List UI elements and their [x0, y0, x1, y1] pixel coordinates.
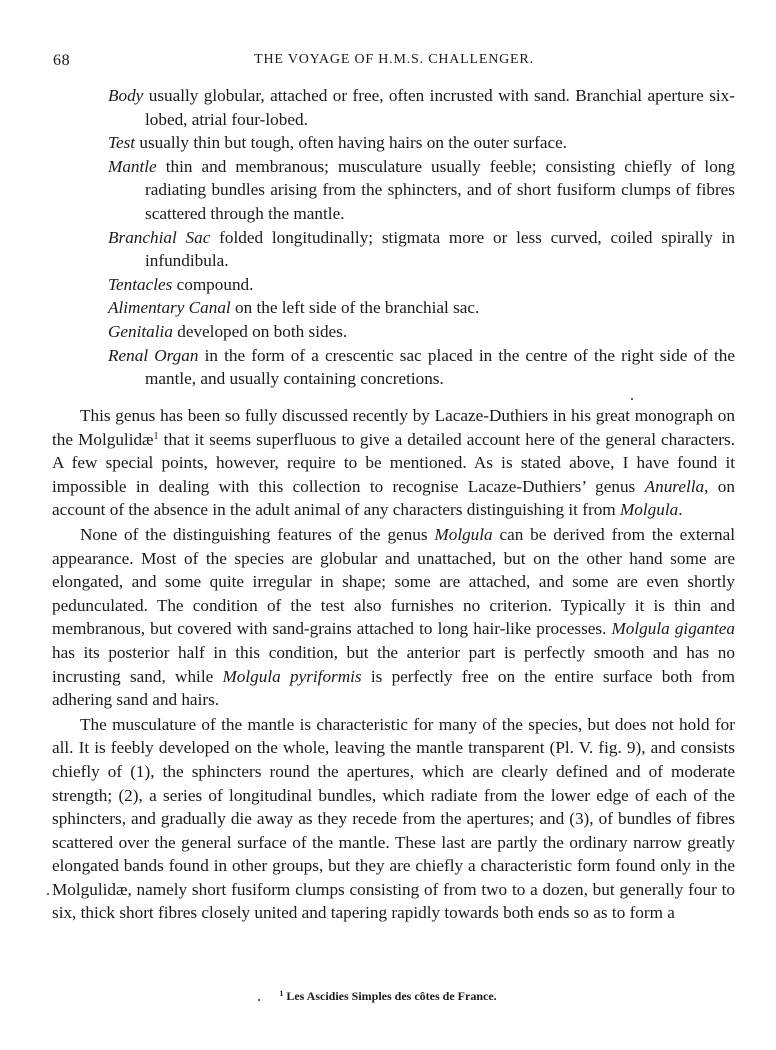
- definition-text: in the form of a crescentic sac placed i…: [145, 346, 735, 389]
- definition-text: developed on both sides.: [173, 322, 347, 341]
- genus-characters-list: Body usually globular, attached or free,…: [108, 84, 735, 391]
- definition-text: thin and membranous; musculature usually…: [145, 157, 735, 223]
- definition-term: Renal Organ: [108, 346, 198, 365]
- book-page: 68 THE VOYAGE OF H.M.S. CHALLENGER. Body…: [0, 0, 776, 1050]
- paragraph-genus-discussion: This genus has been so fully discussed r…: [52, 404, 735, 522]
- running-title: THE VOYAGE OF H.M.S. CHALLENGER.: [53, 52, 735, 68]
- definition-term: Test: [108, 133, 135, 152]
- definition-term: Branchial Sac: [108, 228, 210, 247]
- definition-genitalia: Genitalia developed on both sides.: [108, 320, 735, 344]
- genus-name-anurella: Anurella: [645, 477, 705, 496]
- definition-term: Mantle: [108, 157, 157, 176]
- species-name-molgula-gigantea: Molgula gigantea: [611, 619, 735, 638]
- paragraph-distinguishing-features: None of the distinguishing features of t…: [52, 523, 735, 712]
- scan-speck: [47, 893, 49, 895]
- running-head: 68 THE VOYAGE OF H.M.S. CHALLENGER.: [53, 52, 735, 72]
- body-text: This genus has been so fully discussed r…: [52, 404, 735, 925]
- genus-name-molgula: Molgula: [620, 500, 678, 519]
- definition-text: compound.: [172, 275, 253, 294]
- definition-tentacles: Tentacles compound.: [108, 273, 735, 297]
- definition-text: on the left side of the branchial sac.: [231, 298, 480, 317]
- genus-name-molgula: Molgula: [434, 525, 492, 544]
- definition-term: Alimentary Canal: [108, 298, 231, 317]
- footnote: 1 Les Ascidies Simples des côtes de Fran…: [0, 989, 776, 1004]
- definition-text: usually globular, attached or free, ofte…: [143, 86, 735, 129]
- definition-alimentary-canal: Alimentary Canal on the left side of the…: [108, 296, 735, 320]
- text-run: .: [678, 500, 682, 519]
- species-name-molgula-pyriformis: Molgula pyriformis: [222, 667, 361, 686]
- definition-test: Test usually thin but tough, often havin…: [108, 131, 735, 155]
- definition-term: Body: [108, 86, 143, 105]
- footnote-text: Les Ascidies Simples des côtes de France…: [283, 989, 496, 1003]
- definition-text: usually thin but tough, often having hai…: [135, 133, 567, 152]
- definition-mantle: Mantle thin and membranous; musculature …: [108, 155, 735, 226]
- definition-branchial-sac: Branchial Sac folded longitudinally; sti…: [108, 226, 735, 273]
- definition-term: Tentacles: [108, 275, 172, 294]
- definition-text: folded longitudinally; stigmata more or …: [145, 228, 735, 271]
- paragraph-musculature: The musculature of the mantle is charact…: [52, 713, 735, 925]
- definition-renal-organ: Renal Organ in the form of a crescentic …: [108, 344, 735, 391]
- definition-body: Body usually globular, attached or free,…: [108, 84, 735, 131]
- scan-speck: [258, 999, 260, 1001]
- definition-term: Genitalia: [108, 322, 173, 341]
- scan-speck: [631, 398, 633, 400]
- text-run: None of the distinguishing features of t…: [80, 525, 434, 544]
